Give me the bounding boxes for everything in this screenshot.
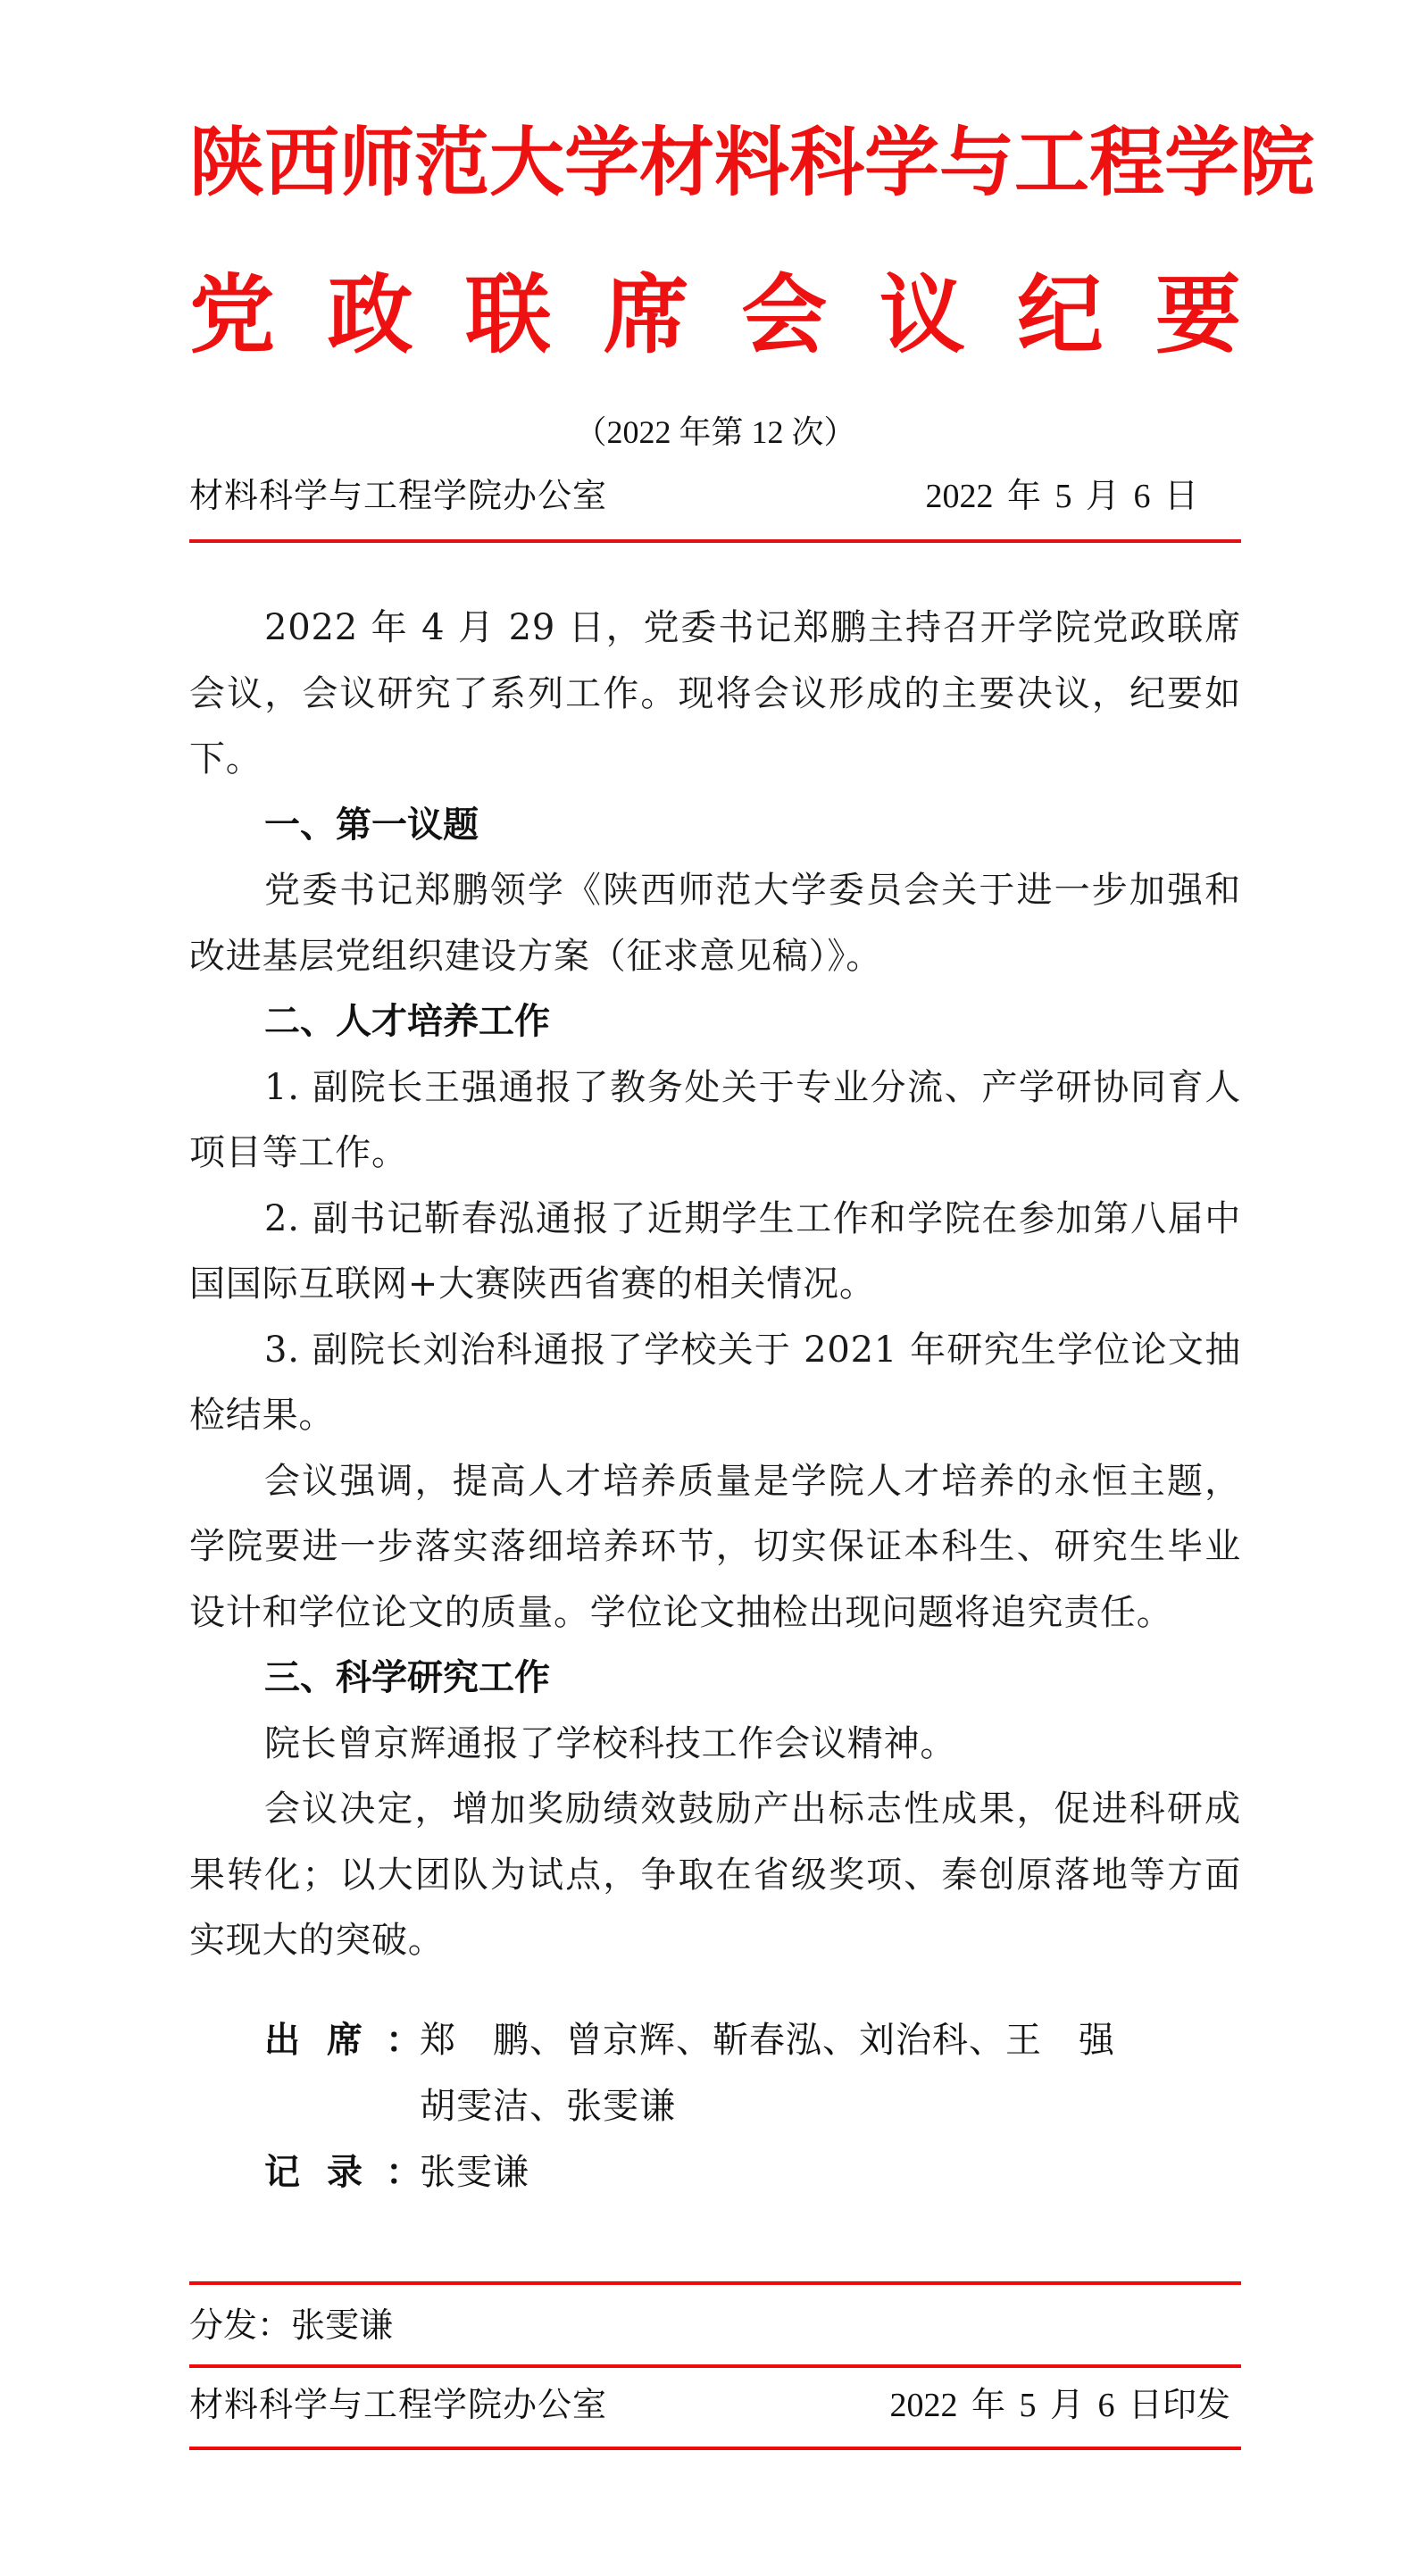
section-heading: 一、第一议题 (189, 793, 1241, 859)
section-paragraph: 院长曾京辉通报了学校科技工作会议精神。 (189, 1712, 1241, 1778)
header-red-divider (189, 539, 1241, 543)
recorder-label-text: 记录 (264, 2152, 389, 2193)
attendees-colon: ： (386, 2007, 421, 2073)
minutes-body: 2022 年 4 月 29 日，党委书记郑鹏主持召开学院党政联席会议，会议研究了… (189, 596, 1241, 1974)
footer-issuer-office: 材料科学与工程学院办公室 (189, 2388, 607, 2422)
attendees-label: 出席 (264, 2007, 389, 2073)
document-title-type: 党 政 联 席 会 议 纪 要 (189, 272, 1241, 358)
header-date: 2022 年 5 月 6 日 (925, 479, 1198, 513)
attendees-row-continued: 胡雯洁、张雯谦 (189, 2073, 1241, 2139)
intro-paragraph: 2022 年 4 月 29 日，党委书记郑鹏主持召开学院党政联席会议，会议研究了… (189, 596, 1241, 793)
section-1: 一、第一议题 党委书记郑鹏领学《陕西师范大学委员会关于进一步加强和改进基层党组织… (189, 793, 1241, 990)
attendance-block: 出席 ： 郑 鹏、曾京辉、靳春泓、刘治科、王 强 胡雯洁、张雯谦 记录 ： 张雯… (189, 2007, 1241, 2205)
section-paragraph: 会议强调，提高人才培养质量是学院人才培养的永恒主题，学院要进一步落实落细培养环节… (189, 1449, 1241, 1646)
document-title-institution: 陕西师范大学材料科学与工程学院 (189, 125, 1241, 200)
footer-print-date: 2022 年 5 月 6 日印发 (889, 2388, 1230, 2422)
footer-distribution: 分发：张雯谦 (189, 2308, 393, 2342)
section-paragraph: 1. 副院长王强通报了教务处关于专业分流、产学研协同育人项目等工作。 (189, 1055, 1241, 1187)
section-2: 二、人才培养工作 1. 副院长王强通报了教务处关于专业分流、产学研协同育人项目等… (189, 989, 1241, 1646)
footer-red-divider-middle (189, 2364, 1241, 2368)
recorder-colon: ： (386, 2139, 421, 2205)
section-3: 三、科学研究工作 院长曾京辉通报了学校科技工作会议精神。 会议决定，增加奖励绩效… (189, 1646, 1241, 1974)
footer-red-divider-bottom (189, 2447, 1241, 2450)
attendees-label-text: 出席 (264, 2020, 389, 2061)
section-heading: 三、科学研究工作 (189, 1646, 1241, 1712)
section-paragraph: 会议决定，增加奖励绩效鼓励产出标志性成果，促进科研成果转化；以大团队为试点，争取… (189, 1777, 1241, 1974)
header-issuer-office: 材料科学与工程学院办公室 (189, 479, 607, 513)
recorder-label: 记录 (264, 2139, 389, 2205)
recorder-name: 张雯谦 (420, 2139, 529, 2205)
footer-red-divider-top (189, 2281, 1241, 2285)
attendees-list-continued: 胡雯洁、张雯谦 (420, 2073, 676, 2139)
issue-number: （2022 年第 12 次） (189, 416, 1241, 448)
section-paragraph: 党委书记郑鹏领学《陕西师范大学委员会关于进一步加强和改进基层党组织建设方案（征求… (189, 858, 1241, 989)
attendees-list: 郑 鹏、曾京辉、靳春泓、刘治科、王 强 (420, 2007, 1115, 2073)
section-paragraph: 3. 副院长刘治科通报了学校关于 2021 年研究生学位论文抽检结果。 (189, 1318, 1241, 1449)
section-heading: 二、人才培养工作 (189, 989, 1241, 1055)
section-paragraph: 2. 副书记靳春泓通报了近期学生工作和学院在参加第八届中国国际互联网+大赛陕西省… (189, 1187, 1241, 1318)
attendees-row: 出席 ： 郑 鹏、曾京辉、靳春泓、刘治科、王 强 (189, 2007, 1241, 2073)
recorder-row: 记录 ： 张雯谦 (189, 2139, 1241, 2205)
